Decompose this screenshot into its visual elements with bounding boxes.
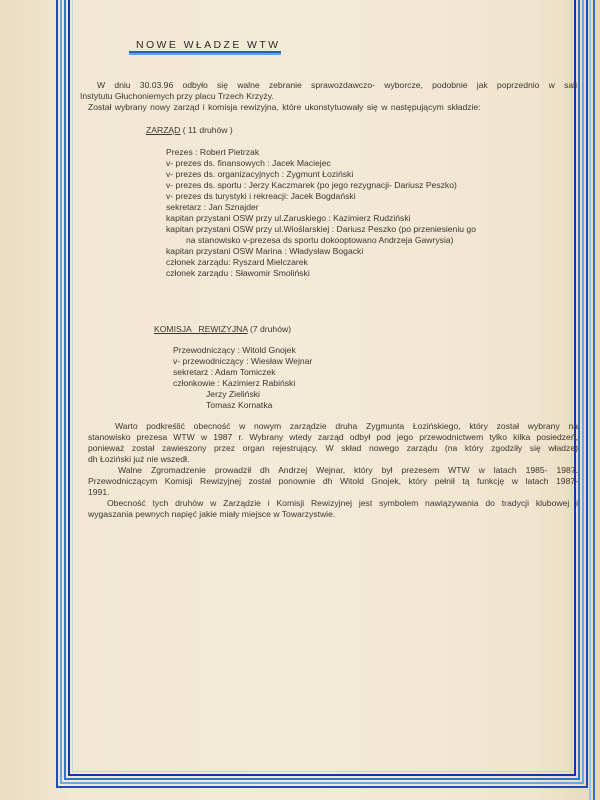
komisja-count: (7 druhów) bbox=[250, 324, 291, 334]
zarzad-heading: ZARZĄD bbox=[146, 125, 180, 135]
zarzad-member: członek zarządu : Sławomir Smoliński bbox=[166, 268, 310, 278]
closing-line: 1991. bbox=[88, 487, 110, 497]
zarzad-count: ( 11 druhów ) bbox=[183, 125, 233, 135]
zarzad-member: sekretarz : Jan Sznajder bbox=[166, 202, 259, 212]
closing-line: stanowisko prezesa WTW w 1987 r. Wybrany… bbox=[88, 432, 578, 442]
komisja-member: członkowie : Kazimierz Rabiński bbox=[173, 378, 295, 388]
zarzad-member: v- prezes ds. sportu : Jerzy Kaczmarek (… bbox=[166, 180, 457, 190]
intro-line-1: W dniu 30.03.96 odbyło się walne zebrani… bbox=[97, 80, 577, 90]
closing-line: Obecność tych druhów w Zarządzie i Komis… bbox=[107, 498, 578, 508]
closing-line: Warto podkreślić obecność w nowym zarząd… bbox=[115, 421, 578, 431]
zarzad-member: kapitan przystani OSW przy ul.Wioślarski… bbox=[166, 224, 476, 234]
komisja-heading: KOMISJA REWIZYJNA bbox=[154, 324, 248, 334]
komisja-heading-row: KOMISJA REWIZYJNA (7 druhów) bbox=[154, 324, 291, 334]
komisja-member: v- przewodniczący : Wiesław Wejnar bbox=[173, 356, 312, 366]
closing-line: Walne Zgromadzenie prowadził dh Andrzej … bbox=[118, 465, 578, 475]
zarzad-heading-row: ZARZĄD ( 11 druhów ) bbox=[146, 125, 233, 135]
zarzad-member: kapitan przystani OSW Marina : Władysław… bbox=[166, 246, 363, 256]
komisja-member: Jerzy Zieliński bbox=[206, 389, 260, 399]
closing-line: wygaszania pewnych napięć jakie miały mi… bbox=[88, 509, 335, 519]
closing-line: ponieważ został zawieszony przez organ r… bbox=[88, 443, 578, 453]
zarzad-member: kapitan przystani OSW przy ul.Zaruskiego… bbox=[166, 213, 411, 223]
zarzad-member: v- prezes ds. finansowych : Jacek Maciej… bbox=[166, 158, 331, 168]
title-underline-accent bbox=[129, 53, 281, 55]
komisja-member: Tomasz Kornatka bbox=[206, 400, 272, 410]
intro-line-2: Instytutu Głuchoniemych przy placu Trzec… bbox=[80, 91, 274, 101]
zarzad-member-continuation: na stanowisko v-prezesa ds sportu dokoop… bbox=[186, 235, 454, 245]
zarzad-member: v- prezes ds. organizacyjnych : Zygmunt … bbox=[166, 169, 353, 179]
document-page: NOWE WŁADZE WTW W dniu 30.03.96 odbyło s… bbox=[0, 0, 600, 800]
komisja-member: sekretarz : Adam Tomiczek bbox=[173, 367, 276, 377]
zarzad-member: v- prezes ds turystyki i rekreacji: Jace… bbox=[166, 191, 356, 201]
zarzad-member: członek zarządu: Ryszard Mielczarek bbox=[166, 257, 308, 267]
intro-line-3: Został wybrany nowy zarząd i komisja rew… bbox=[88, 102, 481, 112]
closing-line: dh Łoziński już nie wszedł. bbox=[88, 454, 189, 464]
page-title: NOWE WŁADZE WTW bbox=[136, 39, 281, 51]
closing-line: Przewodniczącym Komisji Rewizyjnej zosta… bbox=[88, 476, 578, 486]
zarzad-member: Prezes : Robert Pietrzak bbox=[166, 147, 259, 157]
komisja-member: Przewodniczący : Witold Gnojek bbox=[173, 345, 296, 355]
